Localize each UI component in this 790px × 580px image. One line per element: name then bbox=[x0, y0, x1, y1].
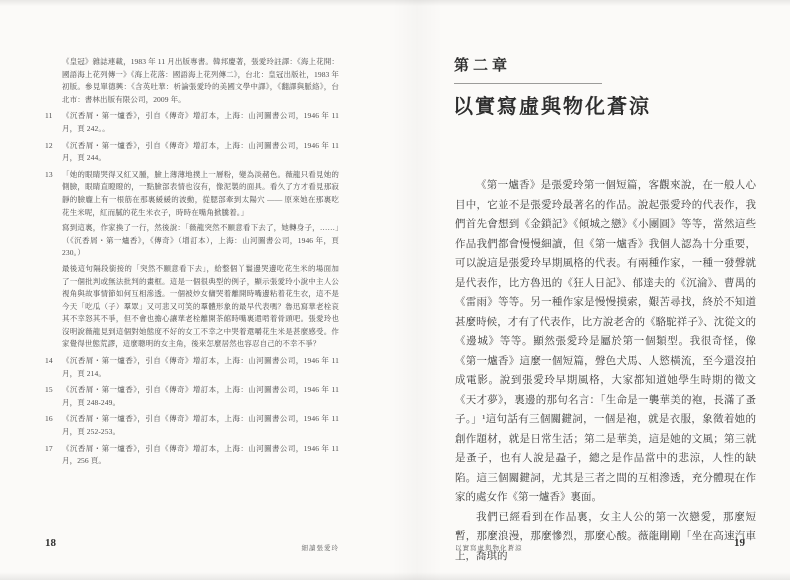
note-number: 13 bbox=[45, 169, 62, 351]
note-number: 11 bbox=[45, 110, 62, 135]
note-text: 《沉香屑・第一爐香》，引自《傳奇》增訂本，上海：山河圖書公司，1946 年 11… bbox=[62, 110, 339, 135]
note-paragraph: 寫到這裏，作家換了一行，然後說：「薇龍突然不願意看下去了，她轉身子，……」（《沉… bbox=[62, 222, 339, 260]
note-text: 「她的眼睛哭得又紅又腫，臉上薄薄地撲上一層粉，變為淡赭色。薇龍只看見她的側臉，眼… bbox=[62, 169, 339, 351]
note-paragraph: 《沉香屑・第一爐香》，引自《傳奇》增訂本，上海：山河圖書公司，1946 年 11… bbox=[62, 443, 339, 468]
note-paragraph: 《皇冠》雜誌連載，1983 年 11 月出版專書。韓邦慶著，張愛玲註譯：《海上花… bbox=[62, 56, 339, 106]
note-number bbox=[45, 56, 62, 106]
note-text: 《沉香屑・第一爐香》，引自《傳奇》增訂本，上海：山河圖書公司，1946 年 11… bbox=[62, 443, 339, 468]
running-title-left: 細讀張愛玲 bbox=[45, 543, 339, 552]
book-spread: 《皇冠》雜誌連載，1983 年 11 月出版專書。韓邦慶著，張愛玲註譯：《海上花… bbox=[0, 0, 790, 580]
chapter-label: 第二章 bbox=[454, 54, 511, 75]
note-paragraph: 《沉香屑・第一爐香》，引自《傳奇》增訂本，上海：山河圖書公司，1946 年 11… bbox=[62, 140, 339, 165]
note-item: 15《沉香屑・第一爐香》，引自《傳奇》增訂本，上海：山河圖書公司，1946 年 … bbox=[45, 384, 339, 409]
note-item: 11《沉香屑・第一爐香》，引自《傳奇》增訂本，上海：山河圖書公司，1946 年 … bbox=[45, 110, 339, 135]
note-paragraph: 《沉香屑・第一爐香》，引自《傳奇》增訂本，上海：山河圖書公司，1946 年 11… bbox=[62, 110, 339, 135]
note-paragraph: 「她的眼睛哭得又紅又腫，臉上薄薄地撲上一層粉，變為淡赭色。薇龍只看見她的側臉，眼… bbox=[62, 169, 339, 219]
note-item: 14《沉香屑・第一爐香》，引自《傳奇》增訂本，上海：山河圖書公司，1946 年 … bbox=[45, 355, 339, 380]
note-paragraph: 《沉香屑・第一爐香》，引自《傳奇》增訂本，上海：山河圖書公司，1946 年 11… bbox=[62, 384, 339, 409]
note-paragraph: 最後這句隔段銜接的「突然不願意看下去」，給整個丫鬟邊哭邊吃花生米的場面加了一個批… bbox=[62, 263, 339, 351]
note-text: 《沉香屑・第一爐香》，引自《傳奇》增訂本，上海：山河圖書公司，1946 年 11… bbox=[62, 355, 339, 380]
body-text: 《第一爐香》是張愛玲第一個短篇，客觀來說，在一般人心目中，它並不是張愛玲最著名的… bbox=[455, 176, 756, 566]
body-paragraph: 《第一爐香》是張愛玲第一個短篇，客觀來說，在一般人心目中，它並不是張愛玲最著名的… bbox=[455, 176, 756, 508]
note-number: 15 bbox=[45, 384, 62, 409]
page-gutter bbox=[392, 0, 442, 580]
note-item: 13「她的眼睛哭得又紅又腫，臉上薄薄地撲上一層粉，變為淡赭色。薇龍只看見她的側臉… bbox=[45, 169, 339, 351]
running-title-right: 以實寫虛與物化蒼涼 bbox=[455, 543, 523, 552]
chapter-title: 以實寫虛與物化蒼涼 bbox=[453, 90, 651, 119]
note-number: 14 bbox=[45, 355, 62, 380]
notes-list: 《皇冠》雜誌連載，1983 年 11 月出版專書。韓邦慶著，張愛玲註譯：《海上花… bbox=[45, 56, 339, 472]
note-number: 16 bbox=[45, 413, 62, 438]
note-item: 《皇冠》雜誌連載，1983 年 11 月出版專書。韓邦慶著，張愛玲註譯：《海上花… bbox=[45, 56, 339, 106]
note-item: 17《沉香屑・第一爐香》，引自《傳奇》增訂本，上海：山河圖書公司，1946 年 … bbox=[45, 443, 339, 468]
note-number: 12 bbox=[45, 140, 62, 165]
note-text: 《沉香屑・第一爐香》，引自《傳奇》增訂本，上海：山河圖書公司，1946 年 11… bbox=[62, 413, 339, 438]
note-item: 12《沉香屑・第一爐香》，引自《傳奇》增訂本，上海：山河圖書公司，1946 年 … bbox=[45, 140, 339, 165]
note-item: 16《沉香屑・第一爐香》，引自《傳奇》增訂本，上海：山河圖書公司，1946 年 … bbox=[45, 413, 339, 438]
note-text: 《沉香屑・第一爐香》，引自《傳奇》增訂本，上海：山河圖書公司，1946 年 11… bbox=[62, 140, 339, 165]
chapter-divider bbox=[454, 83, 602, 84]
note-paragraph: 《沉香屑・第一爐香》，引自《傳奇》增訂本，上海：山河圖書公司，1946 年 11… bbox=[62, 413, 339, 438]
note-text: 《沉香屑・第一爐香》，引自《傳奇》增訂本，上海：山河圖書公司，1946 年 11… bbox=[62, 384, 339, 409]
note-number: 17 bbox=[45, 443, 62, 468]
note-text: 《皇冠》雜誌連載，1983 年 11 月出版專書。韓邦慶著，張愛玲註譯：《海上花… bbox=[62, 56, 339, 106]
note-paragraph: 《沉香屑・第一爐香》，引自《傳奇》增訂本，上海：山河圖書公司，1946 年 11… bbox=[62, 355, 339, 380]
